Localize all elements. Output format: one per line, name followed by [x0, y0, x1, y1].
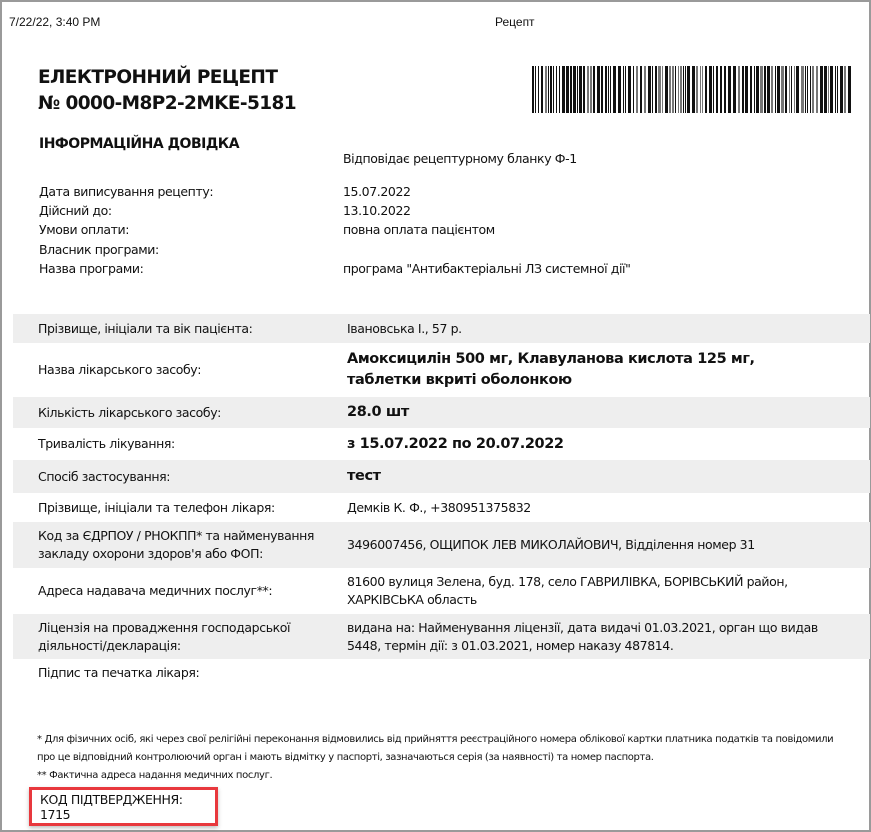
row-label: Ліцензія на провадження господарської ді…: [13, 619, 347, 655]
table-row-duration: Тривалість лікування: з 15.07.2022 по 20…: [13, 428, 870, 460]
table-row-quantity: Кількість лікарського засобу: 28.0 шт: [13, 397, 870, 428]
info-value: повна оплата пацієнтом: [343, 222, 839, 237]
table-row-facility-code: Код за ЄДРПОУ / РНОКПП* та найменування …: [13, 522, 870, 568]
row-label: Кількість лікарського засобу:: [13, 404, 347, 422]
info-value: 13.10.2022: [343, 203, 839, 218]
row-value: Демків К. Ф., +380951375832: [347, 499, 870, 517]
prescription-title-line1: ЕЛЕКТРОННИЙ РЕЦЕПТ: [38, 65, 296, 91]
footnote-address: ** Фактична адреса надання медичних посл…: [37, 767, 837, 785]
info-label: Власник програми:: [39, 242, 343, 257]
prescription-details-table: Прізвище, ініціали та вік пацієнта: Іван…: [13, 314, 870, 687]
table-row-signature: Підпис та печатка лікаря:: [13, 659, 870, 687]
confirmation-code: КОД ПІДТВЕРДЖЕННЯ: 1715: [40, 792, 215, 822]
row-label: Назва лікарського засобу:: [13, 361, 347, 379]
prescription-number: № 0000-M8P2-2MKE-5181: [38, 91, 296, 117]
table-row-doctor: Прізвище, ініціали та телефон лікаря: Де…: [13, 493, 870, 522]
row-label: Тривалість лікування:: [13, 435, 347, 453]
info-row-program-name: Назва програми: програма "Антибактеріаль…: [39, 259, 839, 278]
print-page-title: Рецепт: [495, 15, 535, 29]
barcode-icon: [532, 66, 852, 113]
info-label: Назва програми:: [39, 261, 343, 276]
row-label: Код за ЄДРПОУ / РНОКПП* та найменування …: [13, 527, 347, 563]
row-value: з 15.07.2022 по 20.07.2022: [347, 434, 870, 455]
row-label: Прізвище, ініціали та вік пацієнта:: [13, 320, 347, 338]
document-page: 7/22/22, 3:40 PM Рецепт ЕЛЕКТРОННИЙ РЕЦЕ…: [0, 0, 871, 832]
row-label: Підпис та печатка лікаря:: [13, 664, 347, 682]
prescription-title: ЕЛЕКТРОННИЙ РЕЦЕПТ № 0000-M8P2-2MKE-5181: [38, 65, 296, 117]
info-list: Дата виписування рецепту: 15.07.2022 Дій…: [39, 182, 839, 278]
row-value: 81600 вулиця Зелена, буд. 178, село ГАВР…: [347, 573, 870, 609]
row-value: видана на: Найменування ліцензії, дата в…: [347, 619, 870, 655]
row-value: 3496007456, ОЩИПОК ЛЕВ МИКОЛАЙОВИЧ, Відд…: [347, 536, 870, 554]
footnotes: * Для фізичних осіб, які через свої релі…: [37, 731, 837, 785]
table-row-usage: Спосіб застосування: тест: [13, 460, 870, 493]
footnote-tax-id: * Для фізичних осіб, які через свої релі…: [37, 731, 837, 767]
row-value: Амоксицилін 500 мг, Клавуланова кислота …: [347, 349, 870, 391]
row-value: тест: [347, 466, 870, 487]
print-datetime: 7/22/22, 3:40 PM: [9, 15, 100, 29]
info-label: Дійсний до:: [39, 203, 343, 218]
table-row-provider-address: Адреса надавача медичних послуг**: 81600…: [13, 568, 870, 614]
row-label: Прізвище, ініціали та телефон лікаря:: [13, 499, 347, 517]
info-value: 15.07.2022: [343, 184, 839, 199]
table-row-license: Ліцензія на провадження господарської ді…: [13, 614, 870, 659]
info-label: Умови оплати:: [39, 222, 343, 237]
info-value: програма "Антибактеріальні ЛЗ системної …: [343, 261, 839, 276]
info-row-issue-date: Дата виписування рецепту: 15.07.2022: [39, 182, 839, 201]
confirmation-code-highlight: КОД ПІДТВЕРДЖЕННЯ: 1715: [29, 787, 218, 826]
row-value: 28.0 шт: [347, 402, 870, 423]
info-row-payment-terms: Умови оплати: повна оплата пацієнтом: [39, 220, 839, 239]
table-row-drug-name: Назва лікарського засобу: Амоксицилін 50…: [13, 343, 870, 397]
row-label: Адреса надавача медичних послуг**:: [13, 582, 347, 600]
info-row-valid-until: Дійсний до: 13.10.2022: [39, 201, 839, 220]
section-title: ІНФОРМАЦІЙНА ДОВІДКА: [39, 136, 239, 152]
info-row-program-owner: Власник програми:: [39, 240, 839, 259]
row-value: Івановська І., 57 р.: [347, 320, 870, 338]
blank-form-note: Відповідає рецептурному бланку Ф-1: [343, 151, 577, 166]
row-label: Спосіб застосування:: [13, 468, 347, 486]
info-label: Дата виписування рецепту:: [39, 184, 343, 199]
table-row-patient: Прізвище, ініціали та вік пацієнта: Іван…: [13, 314, 870, 343]
